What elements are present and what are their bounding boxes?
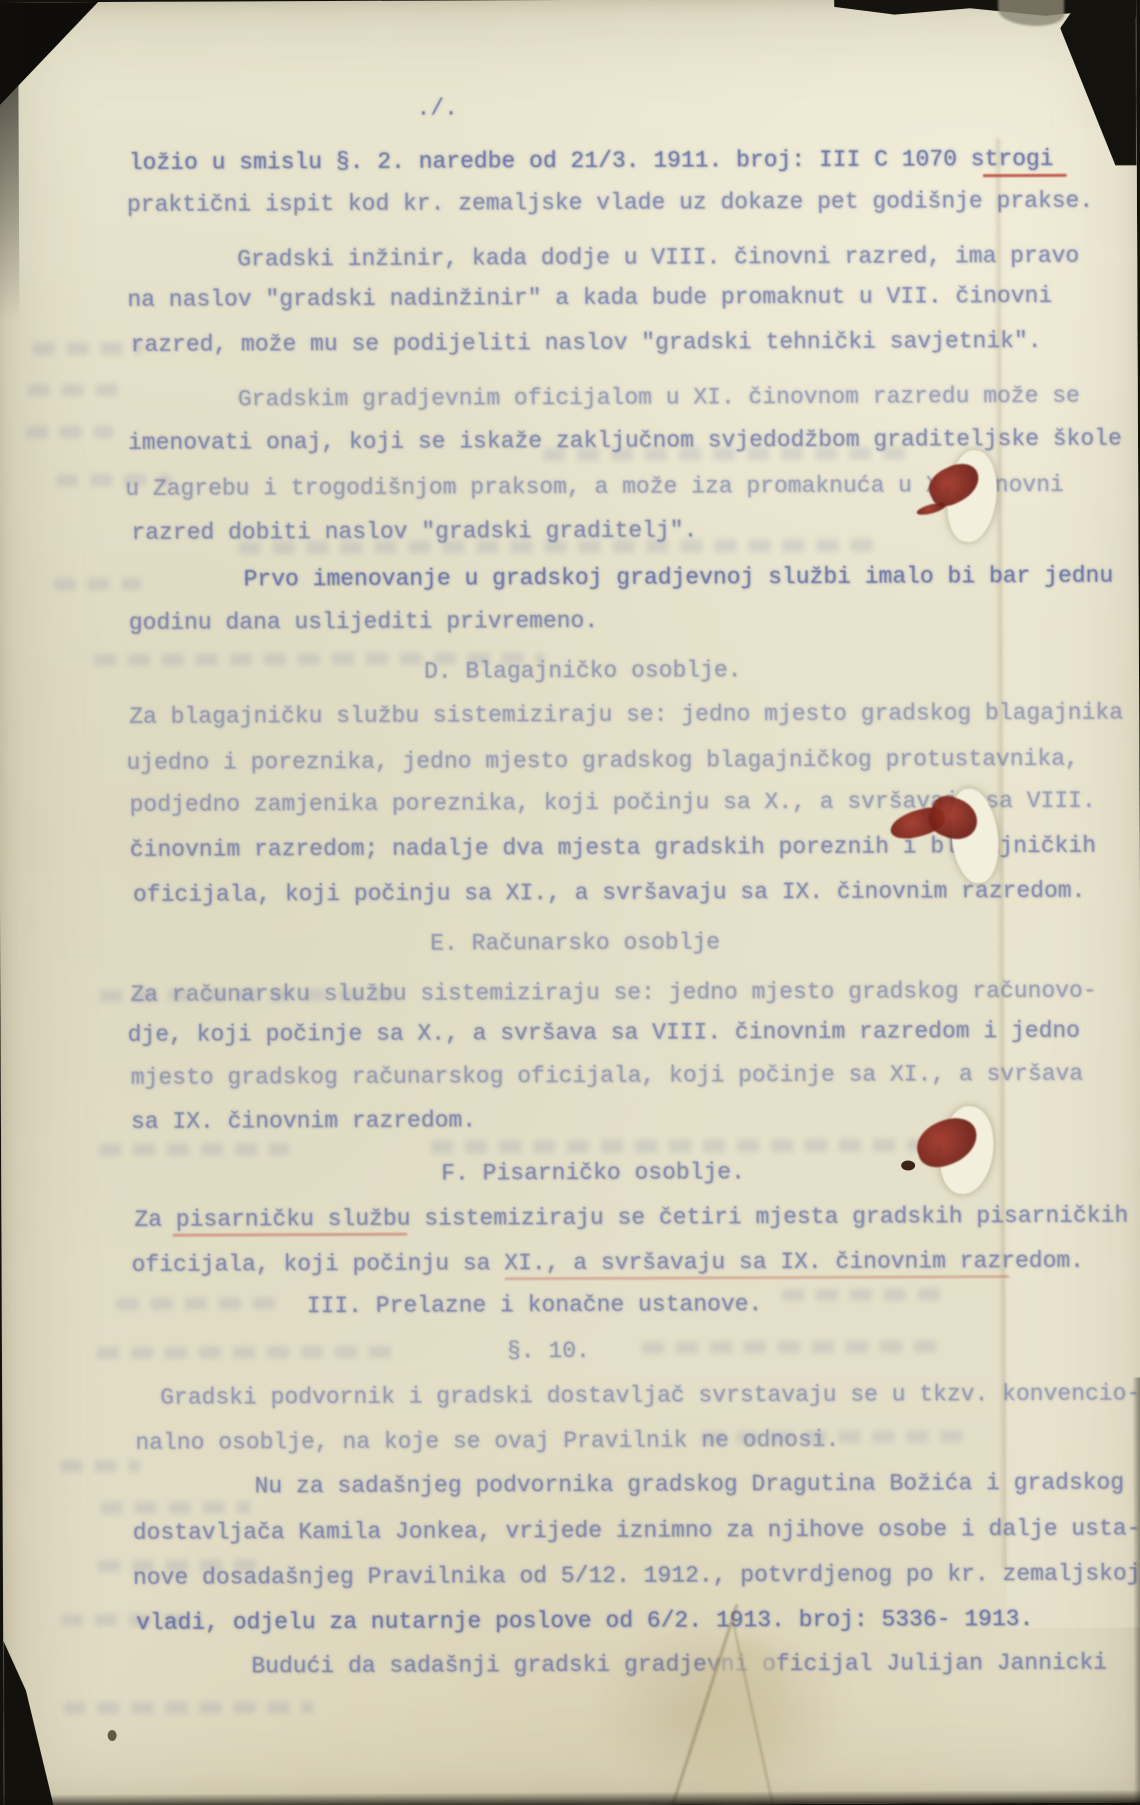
text-line: Prvo imenovanje u gradskoj gradjevnoj sl… <box>244 563 1114 593</box>
text-line: Za računarsku službu sistemiziraju se: j… <box>130 978 1096 1008</box>
brown-spot <box>901 1160 915 1170</box>
text-line: nalno osoblje, na koje se ovaj Pravilnik… <box>135 1427 839 1456</box>
text-line: Gradski inžinir, kada dodje u VIII. čino… <box>237 243 1079 273</box>
red-underline-mark <box>172 1233 407 1237</box>
section-heading: E. Računarsko osoblje <box>430 929 720 956</box>
text-line: oficijala, koji počinju sa XI., a svršav… <box>132 1248 1084 1278</box>
text-line: ložio u smislu §. 2. naredbe od 21/3. 19… <box>129 146 1054 176</box>
text-line: praktični ispit kod kr. zemaljske vlade … <box>127 188 1093 218</box>
text-line: Nu za sadašnjeg podvornika gradskog Drag… <box>254 1470 1124 1500</box>
section-heading: D. Blagajničko osoblje. <box>424 657 742 684</box>
text-line: Za pisarničku službu sistemiziraju se če… <box>134 1203 1128 1233</box>
text-line: Za blagajničku službu sistemiziraju se: … <box>129 700 1123 730</box>
text-line: Gradskim gradjevnim oficijalom u XI. čin… <box>238 383 1080 413</box>
text-line: ujedno i poreznika, jedno mjesto gradsko… <box>126 746 1078 776</box>
text-line: nove dosadašnjeg Pravilnika od 5/12. 191… <box>133 1561 1140 1591</box>
text-line: oficijala, koji počinju sa XI., a svršav… <box>133 878 1085 908</box>
text-line: Gradski podvornik i gradski dostavljač s… <box>160 1381 1140 1411</box>
text-line: godinu dana uslijediti privremeno. <box>129 608 598 636</box>
scanned-document-page: ./. ložio u smislu §. 2. naredbe od 21/3… <box>0 0 1140 1805</box>
text-line: dje, koji počinje sa X., a svršava sa VI… <box>128 1018 1080 1048</box>
text-line: u Zagrebu i trogodišnjom praksom, a može… <box>125 472 1064 502</box>
section-heading: F. Pisarničko osoblje. <box>441 1159 745 1186</box>
paper: ./. ložio u smislu §. 2. naredbe od 21/3… <box>0 0 1140 1805</box>
scan-edge-shadow <box>1132 1378 1140 1803</box>
text-line: mjesto gradskog računarskog oficijala, k… <box>131 1061 1083 1091</box>
text-layer: ./. ložio u smislu §. 2. naredbe od 21/3… <box>0 0 1140 1805</box>
text-line: razred dobiti naslov "gradski graditelj"… <box>131 517 697 545</box>
red-underline-mark <box>983 174 1067 177</box>
text-line: dostavljača Kamila Jonkea, vrijede iznim… <box>133 1516 1140 1546</box>
ink-speck <box>108 1730 117 1741</box>
page-number-mark: ./. <box>416 95 458 121</box>
section-heading: III. Prelazne i konačne ustanove. <box>307 1291 763 1319</box>
text-line: razred, može mu se podijeliti naslov "gr… <box>131 328 1042 358</box>
section-heading: §. 10. <box>507 1338 590 1364</box>
text-line: sa IX. činovnim razredom. <box>131 1107 476 1135</box>
scan-edge-shadow <box>0 2 19 322</box>
text-line: na naslov "gradski nadinžinir" a kada bu… <box>127 283 1052 313</box>
